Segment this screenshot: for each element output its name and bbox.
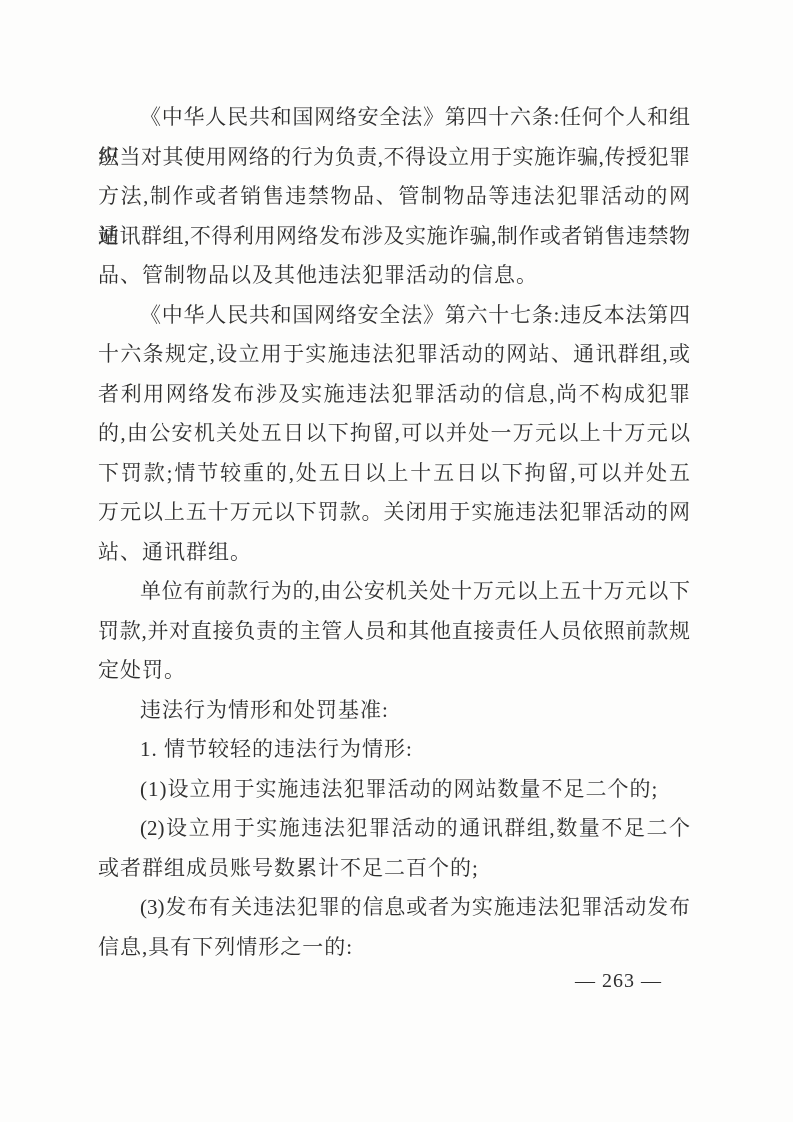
text-line: 通讯群组,不得利用网络发布涉及实施诈骗,制作或者销售违禁物 (98, 217, 690, 257)
text-line: 万元以上五十万元以下罚款。关闭用于实施违法犯罪活动的网 (98, 493, 690, 533)
page-footer: — 263 — (98, 968, 690, 995)
paragraph: (1)设立用于实施违法犯罪活动的网站数量不足二个的; (98, 770, 690, 810)
text-line: 罚款,并对直接负责的主管人员和其他直接责任人员依照前款规 (98, 612, 690, 652)
text-line: 站、通讯群组。 (98, 533, 690, 573)
text-line: (3)发布有关违法犯罪的信息或者为实施违法犯罪活动发布 (98, 888, 690, 928)
text-line: (2)设立用于实施违法犯罪活动的通讯群组,数量不足二个 (98, 809, 690, 849)
text-line: 《中华人民共和国网络安全法》第四十六条:任何个人和组织 (98, 98, 690, 138)
paragraph: 违法行为情形和处罚基准: (98, 691, 690, 731)
text-line: 违法行为情形和处罚基准: (98, 691, 690, 731)
text-line: 十六条规定,设立用于实施违法犯罪活动的网站、通讯群组,或 (98, 335, 690, 375)
text-line: 单位有前款行为的,由公安机关处十万元以上五十万元以下 (98, 572, 690, 612)
text-line: 信息,具有下列情形之一的: (98, 928, 690, 968)
paragraph: (2)设立用于实施违法犯罪活动的通讯群组,数量不足二个或者群组成员账号数累计不足… (98, 809, 690, 888)
text-line: 方法,制作或者销售违禁物品、管制物品等违法犯罪活动的网站、 (98, 177, 690, 217)
paragraph: (3)发布有关违法犯罪的信息或者为实施违法犯罪活动发布信息,具有下列情形之一的: (98, 888, 690, 967)
paragraph: 1. 情节较轻的违法行为情形: (98, 730, 690, 770)
text-line: 品、管制物品以及其他违法犯罪活动的信息。 (98, 256, 690, 296)
text-line: 者利用网络发布涉及实施违法犯罪活动的信息,尚不构成犯罪 (98, 375, 690, 415)
text-line: 下罚款;情节较重的,处五日以上十五日以下拘留,可以并处五 (98, 454, 690, 494)
text-line: (1)设立用于实施违法犯罪活动的网站数量不足二个的; (98, 770, 690, 810)
text-line: 定处罚。 (98, 651, 690, 691)
paragraph: 单位有前款行为的,由公安机关处十万元以上五十万元以下罚款,并对直接负责的主管人员… (98, 572, 690, 691)
document-page: 《中华人民共和国网络安全法》第四十六条:任何个人和组织应当对其使用网络的行为负责… (0, 0, 793, 1122)
text-block: 《中华人民共和国网络安全法》第四十六条:任何个人和组织应当对其使用网络的行为负责… (98, 98, 690, 967)
text-line: 1. 情节较轻的违法行为情形: (98, 730, 690, 770)
text-line: 应当对其使用网络的行为负责,不得设立用于实施诈骗,传授犯罪 (98, 138, 690, 178)
paragraph: 《中华人民共和国网络安全法》第六十七条:违反本法第四十六条规定,设立用于实施违法… (98, 296, 690, 573)
page-number: — 263 — (575, 970, 662, 992)
text-line: 《中华人民共和国网络安全法》第六十七条:违反本法第四 (98, 296, 690, 336)
paragraph: 《中华人民共和国网络安全法》第四十六条:任何个人和组织应当对其使用网络的行为负责… (98, 98, 690, 296)
text-line: 的,由公安机关处五日以下拘留,可以并处一万元以上十万元以 (98, 414, 690, 454)
text-line: 或者群组成员账号数累计不足二百个的; (98, 849, 690, 889)
